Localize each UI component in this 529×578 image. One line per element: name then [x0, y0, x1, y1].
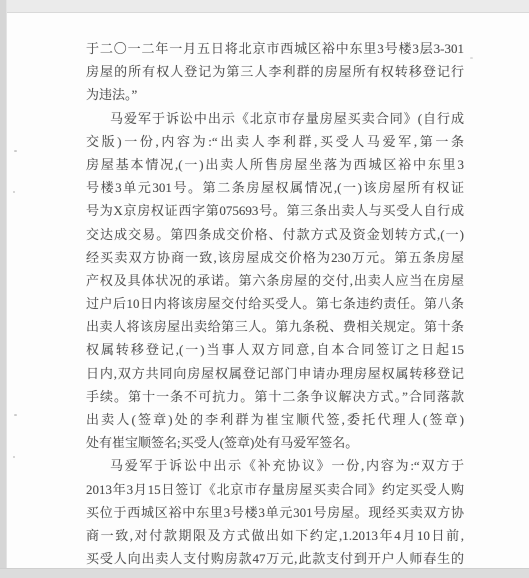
text-line: 过户后10日内将该房屋交付给买受人。第七条违约责任。第八条 — [86, 292, 464, 315]
scan-speck — [14, 414, 17, 416]
text-line: 商一致,对付款期限及方式做出如下约定,1.2013年4月10日前, — [86, 524, 464, 547]
scan-edge-left — [0, 0, 7, 578]
text-line: 房屋基本情况,(一)出卖人所售房屋坐落为西城区裕中东里3 — [86, 153, 464, 176]
text-line: 产权及具体状况的承诺。第六条房屋的交付,出卖人应当在房屋 — [86, 269, 464, 292]
text-line: 处有崔宝顺签名;买受人(签章)处有马爱军签名。 — [86, 431, 464, 454]
scan-speck — [13, 456, 15, 458]
text-line: 手续。第十一条不可抗力。第十二条争议解决方式。”合同落款 — [86, 385, 464, 408]
document-text: 于二〇一二年一月五日将北京市西城区裕中东里3号楼3层3-301 房屋的所有权人登… — [86, 37, 464, 570]
text-line: 交版)一份,内容为:“出卖人李利群,买受人马爱军,第一条 — [86, 130, 464, 153]
text-line: 马爱军于诉讼中出示《北京市存量房屋买卖合同》(自行成 — [86, 107, 464, 130]
text-line: 为违法。” — [86, 83, 464, 106]
text-line: 买受人向出卖人支付购房款47万元,此款支付到开户人师春生的 — [86, 547, 464, 570]
paper-sheet: 于二〇一二年一月五日将北京市西城区裕中东里3号楼3层3-301 房屋的所有权人登… — [7, 13, 529, 568]
text-line: 于二〇一二年一月五日将北京市西城区裕中东里3号楼3层3-301 — [86, 37, 464, 60]
text-line: 日内,双方共同向房屋权属登记部门申请办理房屋权属转移登记 — [86, 362, 464, 385]
scan-edge-top — [0, 0, 529, 13]
text-line: 房屋的所有权人登记为第三人李利群的房屋所有权转移登记行 — [86, 60, 464, 83]
text-line: 出卖人将该房屋出卖给第三人。第九条税、费相关规定。第十条 — [86, 315, 464, 338]
scan-speck — [470, 57, 473, 59]
text-line: 号楼3单元301号。第二条房屋权属情况,(一)该房屋所有权证 — [86, 176, 464, 199]
scanned-document-page: 于二〇一二年一月五日将北京市西城区裕中东里3号楼3层3-301 房屋的所有权人登… — [0, 0, 529, 578]
scan-speck — [14, 150, 17, 152]
text-line: 权属转移登记,(一)当事人双方同意,自本合同签订之日起15 — [86, 338, 464, 361]
text-line: 交达成交易。第四条成交价格、付款方式及资金划转方式,(一) — [86, 223, 464, 246]
text-line: 马爱军于诉讼中出示《补充协议》一份,内容为:“双方于 — [86, 454, 464, 477]
text-line: 经买卖双方协商一致,该房屋成交价格为230万元。第五条房屋 — [86, 246, 464, 269]
scan-edge-bottom — [0, 568, 529, 578]
scan-speck — [13, 191, 15, 193]
text-line: 号为X京房权证西字第075693号。第三条出卖人与买受人自行成 — [86, 199, 464, 222]
text-line: 买位于西城区裕中东里3号楼3单元301号房屋。现经买卖双方协 — [86, 501, 464, 524]
text-line: 2013年3月15日签订《北京市存量房屋买卖合同》约定买受人购 — [86, 478, 464, 501]
text-line: 出卖人(签章)处的李利群为崔宝顺代签,委托代理人(签章) — [86, 408, 464, 431]
